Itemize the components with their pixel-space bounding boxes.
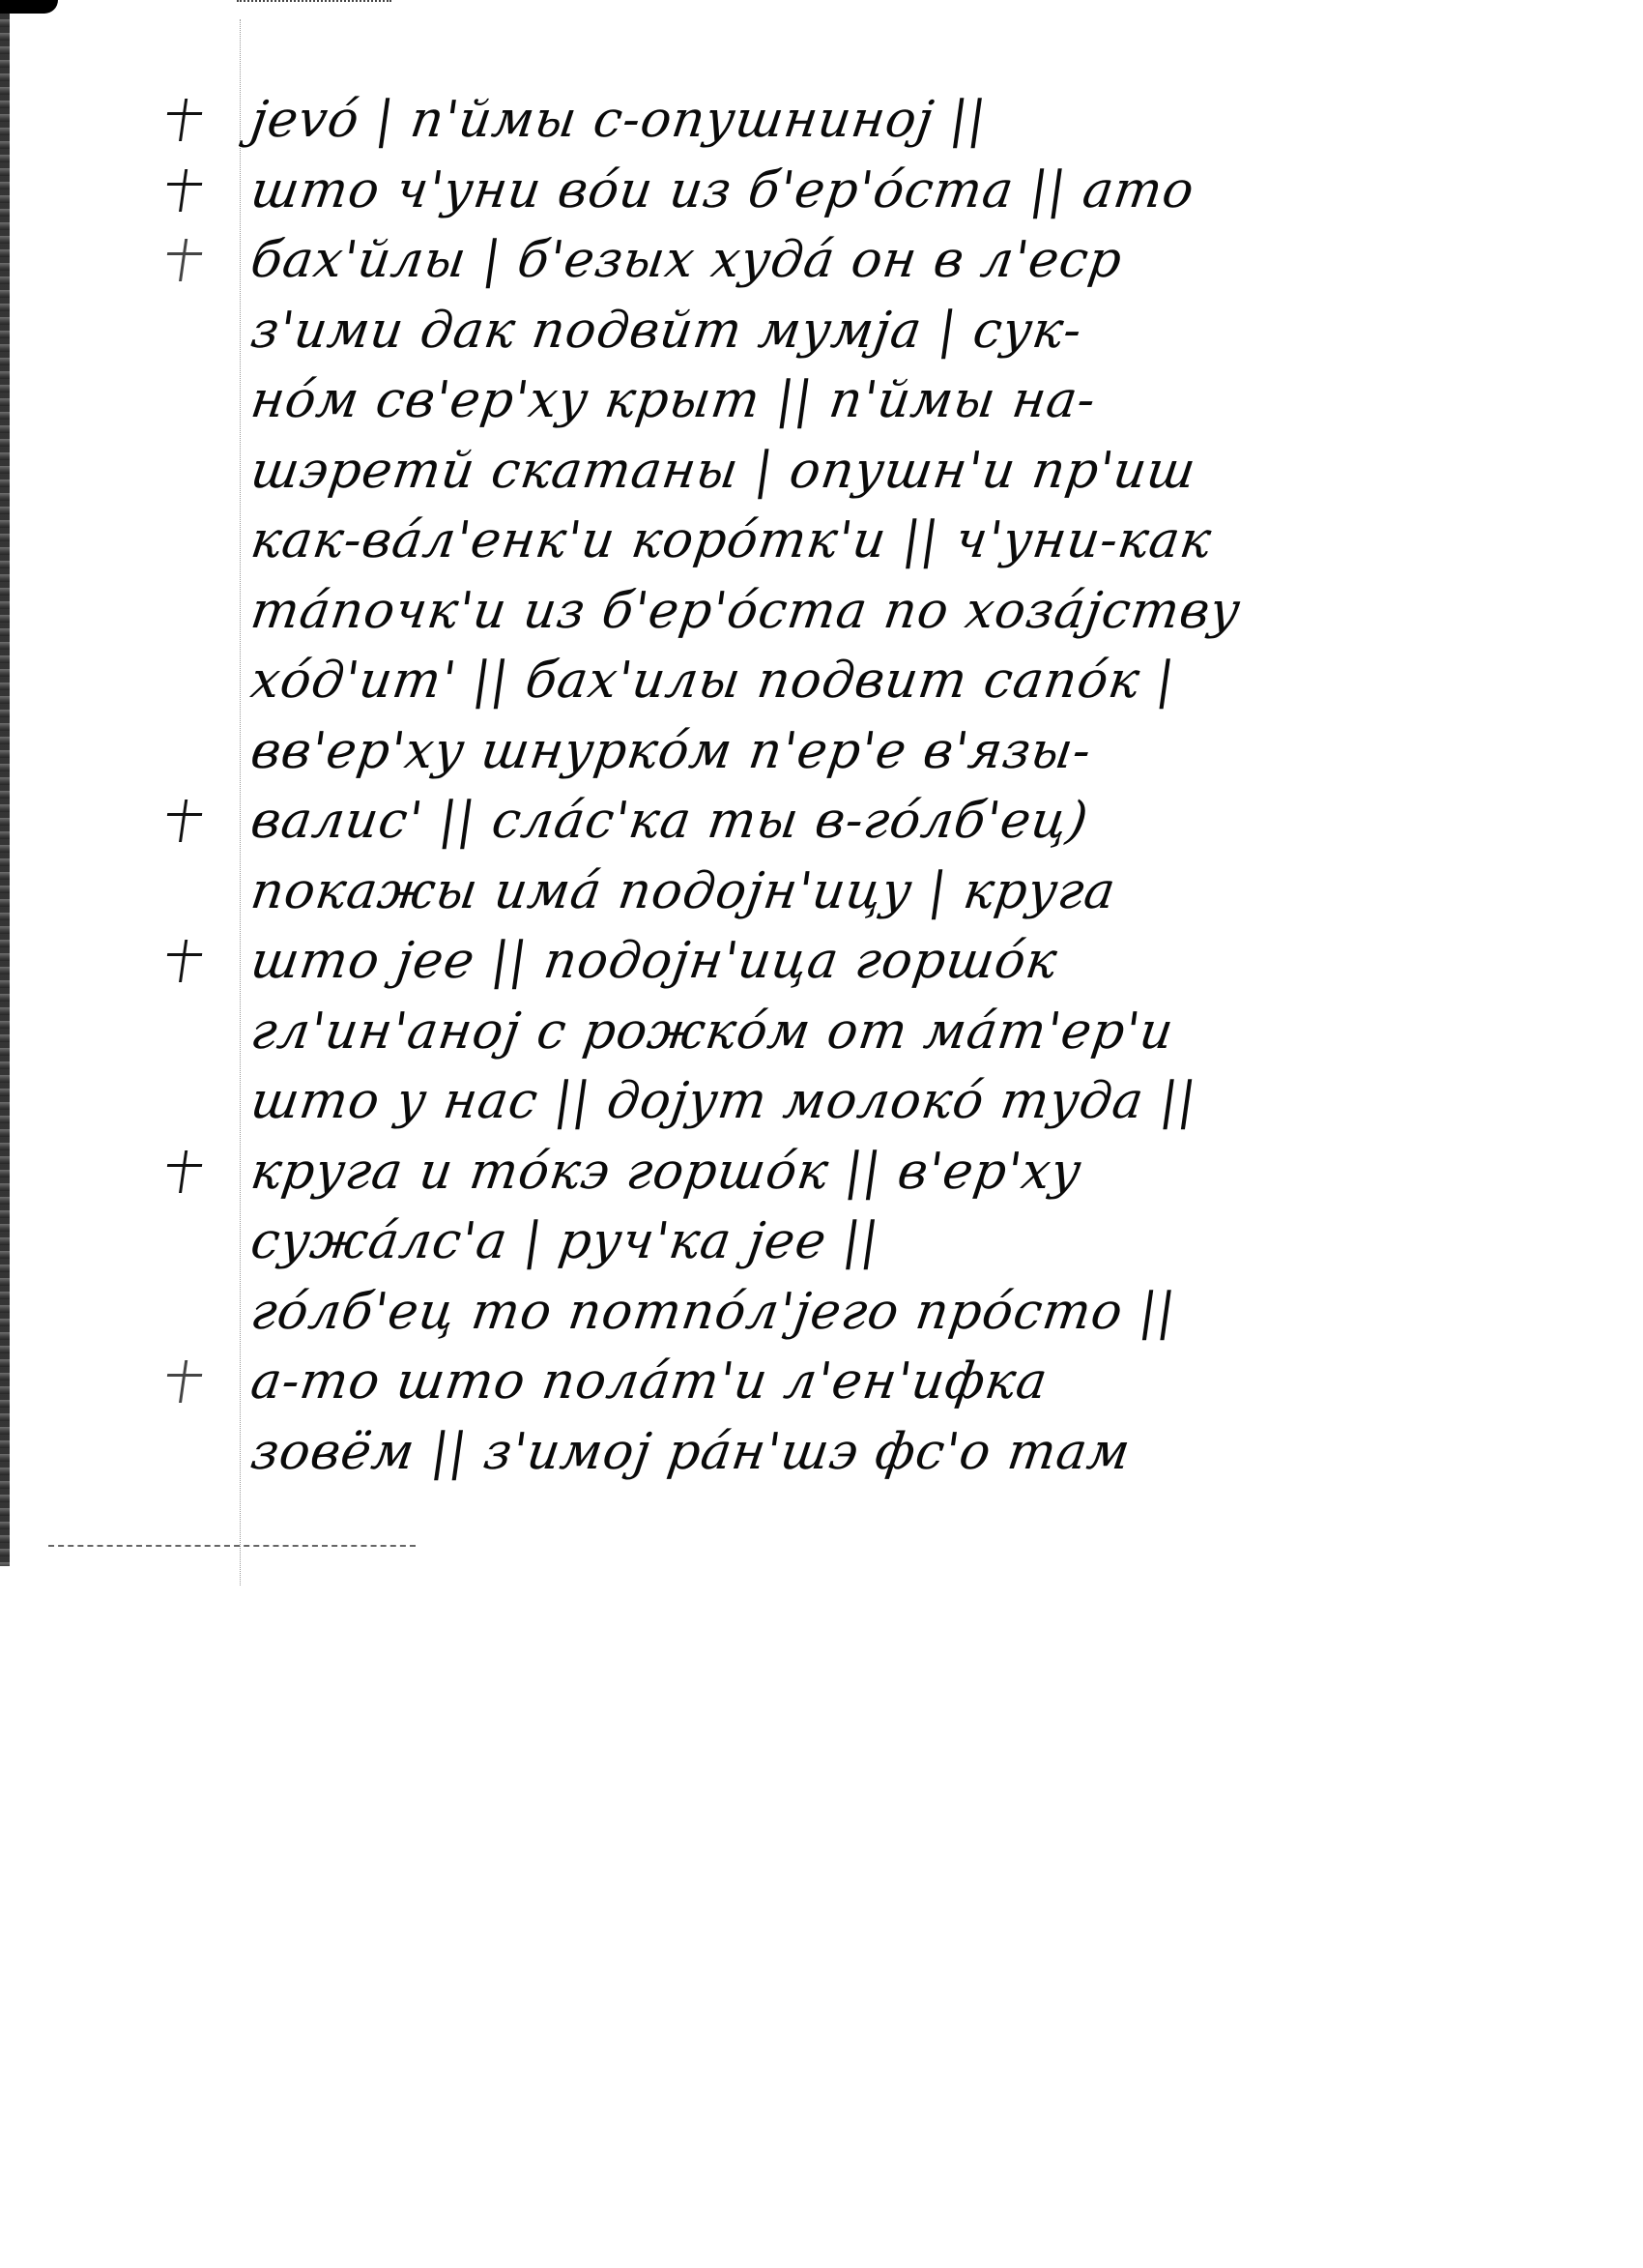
scan-corner-artifact xyxy=(0,0,58,14)
text-line-8: тáпочк'и из б'ер'óста по хозájству xyxy=(246,576,1300,647)
text-line-5: нóм св'ер'ху крыт || п'ймы на- xyxy=(246,365,1300,436)
margin-fold-line xyxy=(240,19,241,1585)
text-line-1: jevó | п'ймы с-опушниноj || xyxy=(246,85,1300,156)
text-line-13: што jее || подоjн'ица горшóк xyxy=(246,926,1300,997)
text-line-6: шэретй скатаны | опушн'и пр'иш xyxy=(246,436,1300,507)
text-line-16: круга и тóкэ горшóк || в'ер'ху xyxy=(246,1137,1300,1207)
text-line-9: хóд'ит' || бах'илы подвит сапóк | xyxy=(246,646,1300,716)
line-text: валис' || слáс'ка ты в-гóлб'ец) xyxy=(247,792,1092,850)
scan-edge-artifact xyxy=(0,0,10,1566)
line-text: гл'ин'аноj с рожкóм от мáт'ер'и xyxy=(247,1003,1177,1061)
line-text: вв'ер'ху шнуркóм п'ер'е в'язы- xyxy=(247,722,1095,780)
scan-bottom-artifact xyxy=(48,1545,416,1547)
text-line-17: сужáлс'а | руч'ка jее || xyxy=(246,1207,1300,1277)
text-line-20: зовём || з'имоj рáн'шэ фс'о там xyxy=(246,1417,1300,1488)
text-line-15: што у нас || доjут молокó туда || xyxy=(246,1066,1300,1137)
handwritten-text-block: jevó | п'ймы с-опушниноj || што ч'уни вó… xyxy=(246,85,1290,1487)
text-line-7: как-вáл'енк'и корóтк'и || ч'уни-как xyxy=(246,506,1300,576)
line-text: што у нас || доjут молокó туда || xyxy=(247,1072,1200,1130)
text-line-3: бах'йлы | б'езых худá он в л'еср xyxy=(246,225,1300,296)
scanned-page: jevó | п'ймы с-опушниноj || што ч'уни вó… xyxy=(0,0,1643,2268)
text-line-2: што ч'уни вóи из б'ер'óста || ато xyxy=(246,156,1300,226)
line-text: круга и тóкэ горшóк || в'ер'ху xyxy=(247,1143,1085,1201)
line-text: покажы имá подоjн'ицу | круга xyxy=(247,862,1119,920)
line-text: бах'йлы | б'езых худá он в л'еср xyxy=(247,231,1126,289)
margin-cross-icon xyxy=(161,99,206,141)
margin-cross-icon xyxy=(161,239,206,281)
margin-cross-icon xyxy=(161,800,206,842)
line-text: што ч'уни вóи из б'ер'óста || ато xyxy=(247,161,1198,219)
line-text: как-вáл'енк'и корóтк'и || ч'уни-как xyxy=(247,511,1216,569)
line-text: шэретй скатаны | опушн'и пр'иш xyxy=(247,442,1199,500)
text-line-4: з'ими дак подвйт мумjа | сук- xyxy=(246,296,1300,366)
scan-top-artifact xyxy=(237,0,391,6)
margin-cross-icon xyxy=(161,1360,206,1403)
text-line-14: гл'ин'аноj с рожкóм от мáт'ер'и xyxy=(246,997,1300,1067)
margin-cross-icon xyxy=(161,1150,206,1193)
text-line-12: покажы имá подоjн'ицу | круга xyxy=(246,857,1300,927)
margin-cross-icon xyxy=(161,940,206,982)
line-text: з'ими дак подвйт мумjа | сук- xyxy=(247,302,1086,360)
text-line-18: гóлб'ец то потпóл'jего прóсто || xyxy=(246,1277,1300,1348)
line-text: тáпочк'и из б'ер'óста по хозájству xyxy=(247,582,1245,640)
margin-cross-icon xyxy=(161,169,206,212)
line-text: што jее || подоjн'ица горшóк xyxy=(247,932,1061,990)
line-text: зовём || з'имоj рáн'шэ фс'о там xyxy=(247,1423,1135,1481)
line-text: а-то што полáт'и л'ен'ифка xyxy=(247,1352,1052,1410)
line-text: нóм св'ер'ху крыт || п'ймы на- xyxy=(247,371,1100,429)
line-text: сужáлс'а | руч'ка jее || xyxy=(247,1212,883,1270)
text-line-19: а-то што полáт'и л'ен'ифка xyxy=(246,1347,1300,1417)
text-line-11: валис' || слáс'ка ты в-гóлб'ец) xyxy=(246,786,1300,857)
line-text: хóд'ит' || бах'илы подвит сапóк | xyxy=(247,652,1179,710)
text-line-10: вв'ер'ху шнуркóм п'ер'е в'язы- xyxy=(246,716,1300,787)
line-text: гóлб'ец то потпóл'jего прóсто || xyxy=(247,1283,1180,1341)
line-text: jevó | п'ймы с-опушниноj || xyxy=(247,91,991,149)
